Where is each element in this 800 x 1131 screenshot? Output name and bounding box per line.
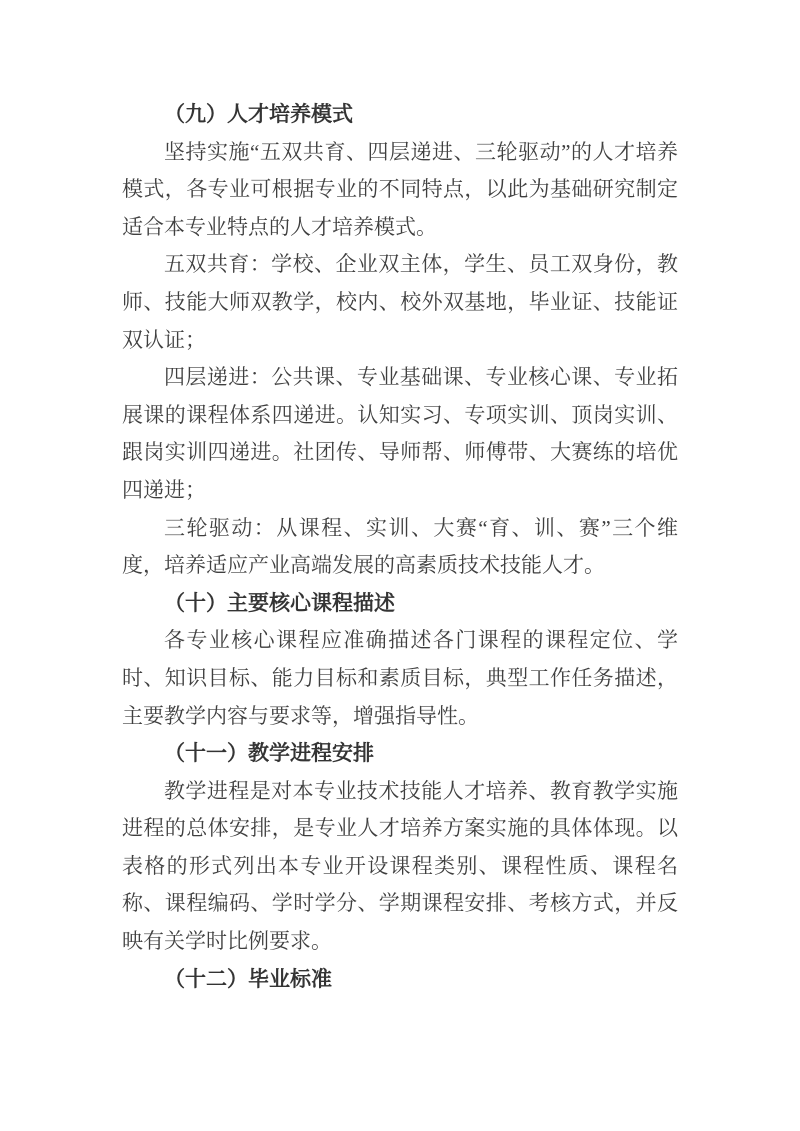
body-paragraph: 四层递进：公共课、专业基础课、专业核心课、专业拓展课的课程体系四递进。认知实习、… bbox=[122, 359, 678, 509]
document-body: （九）人才培养模式坚持实施“五双共育、四层递进、三轮驱动”的人才培养模式，各专业… bbox=[122, 96, 678, 998]
body-paragraph: 五双共育：学校、企业双主体，学生、员工双身份，教师、技能大师双教学，校内、校外双… bbox=[122, 246, 678, 359]
section-heading: （九）人才培养模式 bbox=[122, 96, 678, 134]
section-heading: （十）主要核心课程描述 bbox=[122, 585, 678, 623]
body-paragraph: 三轮驱动：从课程、实训、大赛“育、训、赛”三个维度，培养适应产业高端发展的高素质… bbox=[122, 510, 678, 585]
body-paragraph: 各专业核心课程应准确描述各门课程的课程定位、学时、知识目标、能力目标和素质目标，… bbox=[122, 622, 678, 735]
document-page: （九）人才培养模式坚持实施“五双共育、四层递进、三轮驱动”的人才培养模式，各专业… bbox=[0, 0, 800, 1131]
body-paragraph: 教学进程是对本专业技术技能人才培养、教育教学实施进程的总体安排，是专业人才培养方… bbox=[122, 773, 678, 961]
section-heading: （十二）毕业标准 bbox=[122, 961, 678, 999]
section-heading: （十一）教学进程安排 bbox=[122, 735, 678, 773]
body-paragraph: 坚持实施“五双共育、四层递进、三轮驱动”的人才培养模式，各专业可根据专业的不同特… bbox=[122, 134, 678, 247]
